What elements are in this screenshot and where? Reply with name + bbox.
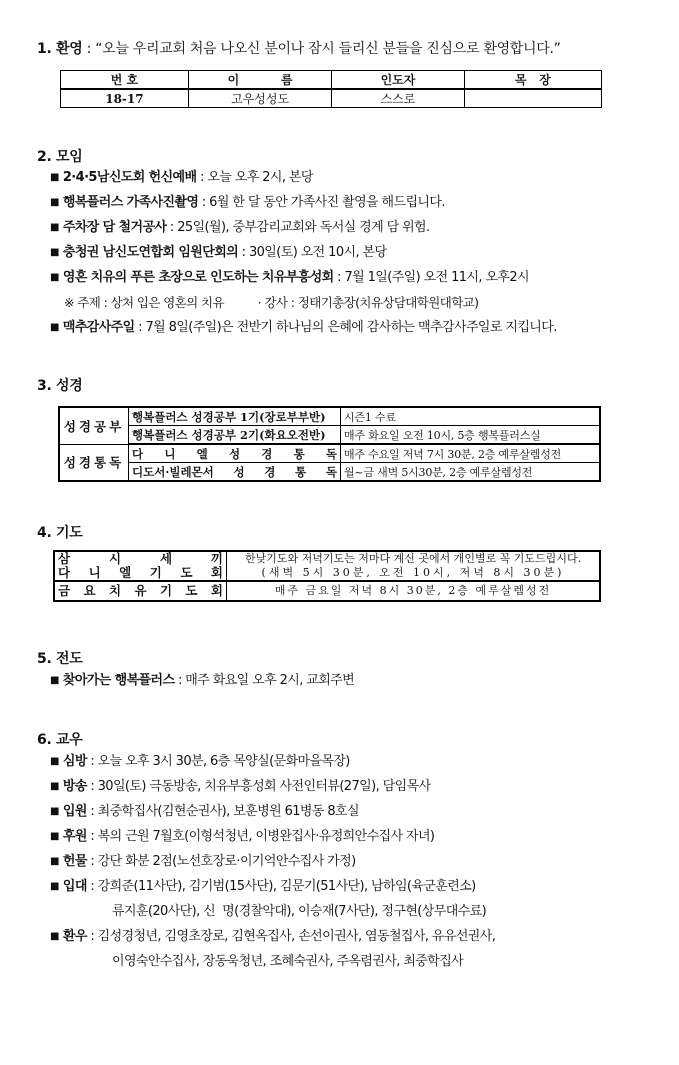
prayer-name: 삼 시 세 끼 다 니 엘 기 도 회 — [54, 551, 227, 581]
table-header-row: 번 호 이 름 인도자 목 장 — [61, 71, 602, 90]
item-label: 행복플러스 가족사진촬영 — [63, 195, 198, 210]
table-row: 성경공부 행복플러스 성경공부 1기(장로부부반) 시즌1 수료 — [59, 407, 600, 426]
section-heading: 환영 — [56, 41, 82, 57]
item-text: : 7월 8일(주일)은 전반기 하나님의 은혜에 감사하는 맥추감사주일로 지… — [135, 320, 557, 335]
prayer-name: 금 요 치 유 기 도 회 — [54, 581, 227, 601]
list-item: ■심방 : 오늘 오후 3시 30분, 6층 목양실(문화마을목장) — [50, 754, 350, 771]
item-label: 주차장 담 철거공사 — [63, 220, 167, 235]
square-bullet-icon: ■ — [50, 856, 59, 867]
section-heading: 전도 — [56, 651, 82, 667]
item-text: : 복의 근원 7월호(이형석청년, 이병완집사·유정희안수집사 자녀) — [87, 829, 435, 844]
table-row: 성경통독 다 니 엘 성 경 통 독 매주 수요일 저녁 7시 30분, 2층 … — [59, 444, 600, 463]
square-bullet-icon: ■ — [50, 806, 59, 817]
list-item: ■방송 : 30일(토) 극동방송, 치유부흥성회 사전인터뷰(27일), 담임… — [50, 779, 430, 796]
prayer-desc-line: 한낮기도와 저녁기도는 저마다 계신 곳에서 개인별로 꼭 기도드립시다. — [230, 552, 596, 566]
item-label: 2·4·5남신도회 헌신예배 — [63, 170, 197, 185]
item-label: 영혼 치유의 푸른 초장으로 인도하는 치유부흥성회 — [63, 270, 334, 285]
prayer-desc-line: 매주 금요일 저녁 8시 30분, 2층 예루살렘성전 — [230, 584, 596, 598]
evangelism-section-title: 5. 전도 — [37, 648, 83, 668]
bible-table: 성경공부 행복플러스 성경공부 1기(장로부부반) 시즌1 수료 행복플러스 성… — [58, 406, 601, 482]
item-text: : 6월 한 달 동안 가족사진 촬영을 해드립니다. — [198, 195, 445, 210]
item-text: : 매주 화요일 오후 2시, 교회주변 — [174, 673, 354, 688]
section-number: 2. — [37, 149, 51, 165]
item-label: 방송 — [63, 779, 87, 794]
newcomer-table: 번 호 이 름 인도자 목 장 18-17 고우성성도 스스로 — [60, 70, 602, 108]
list-item: ■후원 : 복의 근원 7월호(이형석청년, 이병완집사·유정희안수집사 자녀) — [50, 829, 434, 846]
category-bible-reading: 성경통독 — [59, 444, 129, 481]
welcome-message: : “오늘 우리교회 처음 나오신 분이나 잠시 들리신 분들을 진심으로 환영… — [83, 41, 561, 57]
revival-note: ※ 주제 : 상처 입은 영혼의 치유 · 강사 : 정태기총장(치유상담대학원… — [64, 295, 478, 311]
bible-section-title: 3. 성경 — [37, 375, 83, 395]
cell-cell-group — [464, 89, 601, 108]
square-bullet-icon: ■ — [50, 222, 59, 233]
list-item: ■헌물 : 강단 화분 2점(노선호장로·이기억안수집사 가정) — [50, 854, 356, 871]
prayer-desc-line: (새벽 5시 30분, 오전 10시, 저녁 8시 30분) — [230, 566, 596, 580]
prayer-table: 삼 시 세 끼 다 니 엘 기 도 회 한낮기도와 저녁기도는 저마다 계신 곳… — [53, 550, 601, 602]
square-bullet-icon: ■ — [50, 881, 59, 892]
program-desc: 시즌1 수료 — [341, 407, 601, 426]
section-number: 1. — [37, 41, 51, 57]
section-number: 3. — [37, 378, 51, 394]
section-heading: 기도 — [56, 525, 82, 541]
prayer-name-line: 삼 시 세 끼 — [58, 552, 223, 566]
square-bullet-icon: ■ — [50, 781, 59, 792]
list-item: ■행복플러스 가족사진촬영 : 6월 한 달 동안 가족사진 촬영을 해드립니다… — [50, 195, 445, 212]
item-text: : 7월 1일(주일) 오전 11시, 오후2시 — [334, 270, 529, 285]
program-name: 디도서·빌레몬서 성 경 통 독 — [129, 463, 341, 482]
item-text: : 30일(토) 오전 10시, 본당 — [238, 245, 386, 260]
program-desc: 매주 수요일 저녁 7시 30분, 2층 예루살렘성전 — [341, 444, 601, 463]
item-text: : 30일(토) 극동방송, 치유부흥성회 사전인터뷰(27일), 담임목사 — [87, 779, 431, 794]
list-item: ■맥추감사주일 : 7월 8일(주일)은 전반기 하나님의 은혜에 감사하는 맥… — [50, 320, 557, 337]
item-label: 심방 — [63, 754, 87, 769]
item-label: 후원 — [63, 829, 87, 844]
item-text: : 강희준(11사단), 김기범(15사단), 김문기(51사단), 남하임(육… — [87, 879, 476, 894]
item-text-continued: 이영숙안수집사, 장동욱청년, 조혜숙권사, 주옥렴권사, 최중학집사 — [112, 954, 463, 970]
item-text: : 오늘 오후 2시, 본당 — [196, 170, 312, 185]
program-desc: 매주 화요일 오전 10시, 5층 행복플러스실 — [341, 426, 601, 445]
item-label: 충청권 남신도연합회 임원단회의 — [63, 245, 238, 260]
list-item: ■입대 : 강희준(11사단), 김기범(15사단), 김문기(51사단), 남… — [50, 879, 476, 896]
item-text: : 강단 화분 2점(노선호장로·이기억안수집사 가정) — [87, 854, 356, 869]
square-bullet-icon: ■ — [50, 931, 59, 942]
item-label: 입대 — [63, 879, 87, 894]
table-row: 삼 시 세 끼 다 니 엘 기 도 회 한낮기도와 저녁기도는 저마다 계신 곳… — [54, 551, 600, 581]
header-number: 번 호 — [61, 71, 189, 90]
section-number: 4. — [37, 525, 51, 541]
list-item: ■주차장 담 철거공사 : 25일(월), 중부감리교회와 독서실 경계 담 위… — [50, 220, 430, 237]
program-name: 행복플러스 성경공부 2기(화요오전반) — [129, 426, 341, 445]
item-label: 환우 — [63, 929, 87, 944]
prayer-desc: 매주 금요일 저녁 8시 30분, 2층 예루살렘성전 — [227, 581, 601, 601]
square-bullet-icon: ■ — [50, 247, 59, 258]
members-section-title: 6. 교우 — [37, 729, 83, 749]
list-item: ■입원 : 최중학집사(김현순권사), 보훈병원 61병동 8호실 — [50, 804, 359, 821]
program-desc: 월~금 새벽 5시30분, 2층 예루살렘성전 — [341, 463, 601, 482]
list-item: ■영혼 치유의 푸른 초장으로 인도하는 치유부흥성회 : 7월 1일(주일) … — [50, 270, 529, 287]
section-number: 5. — [37, 651, 51, 667]
square-bullet-icon: ■ — [50, 322, 59, 333]
table-row: 18-17 고우성성도 스스로 — [61, 89, 602, 108]
list-item: ■환우 : 김성경청년, 김영초장로, 김현옥집사, 손선이권사, 염동철집사,… — [50, 929, 495, 946]
table-row: 금 요 치 유 기 도 회 매주 금요일 저녁 8시 30분, 2층 예루살렘성… — [54, 581, 600, 601]
program-name: 행복플러스 성경공부 1기(장로부부반) — [129, 407, 341, 426]
square-bullet-icon: ■ — [50, 272, 59, 283]
item-label: 입원 — [63, 804, 87, 819]
welcome-section-title: 1. 환영 : “오늘 우리교회 처음 나오신 분이나 잠시 들리신 분들을 진… — [37, 38, 561, 58]
cell-number: 18-17 — [61, 89, 189, 108]
header-guide: 인도자 — [332, 71, 464, 90]
cell-name: 고우성성도 — [188, 89, 331, 108]
item-label: 찾아가는 행복플러스 — [63, 673, 175, 688]
square-bullet-icon: ■ — [50, 831, 59, 842]
meetings-section-title: 2. 모임 — [37, 146, 83, 166]
prayer-name-line: 다 니 엘 기 도 회 — [58, 566, 223, 580]
item-text: : 25일(월), 중부감리교회와 독서실 경계 담 위험. — [166, 220, 429, 235]
square-bullet-icon: ■ — [50, 675, 59, 686]
square-bullet-icon: ■ — [50, 172, 59, 183]
table-row: 디도서·빌레몬서 성 경 통 독 월~금 새벽 5시30분, 2층 예루살렘성전 — [59, 463, 600, 482]
cell-guide: 스스로 — [332, 89, 464, 108]
header-name: 이 름 — [188, 71, 331, 90]
item-text: : 오늘 오후 3시 30분, 6층 목양실(문화마을목장) — [87, 754, 350, 769]
item-text-continued: 류지훈(20사단), 신 명(경찰악대), 이승재(7사단), 정구현(상무대수… — [112, 904, 486, 920]
section-heading: 성경 — [56, 378, 82, 394]
list-item: ■찾아가는 행복플러스 : 매주 화요일 오후 2시, 교회주변 — [50, 673, 354, 690]
prayer-name-line: 금 요 치 유 기 도 회 — [58, 584, 223, 598]
section-number: 6. — [37, 732, 51, 748]
section-heading: 교우 — [56, 732, 82, 748]
item-text: : 김성경청년, 김영초장로, 김현옥집사, 손선이권사, 염동철집사, 유유선… — [87, 929, 495, 944]
prayer-desc: 한낮기도와 저녁기도는 저마다 계신 곳에서 개인별로 꼭 기도드립시다. (새… — [227, 551, 601, 581]
section-heading: 모임 — [56, 149, 82, 165]
square-bullet-icon: ■ — [50, 197, 59, 208]
prayer-section-title: 4. 기도 — [37, 522, 83, 542]
header-cell-group: 목 장 — [464, 71, 601, 90]
square-bullet-icon: ■ — [50, 756, 59, 767]
item-label: 헌물 — [63, 854, 87, 869]
table-row: 행복플러스 성경공부 2기(화요오전반) 매주 화요일 오전 10시, 5층 행… — [59, 426, 600, 445]
category-bible-study: 성경공부 — [59, 407, 129, 444]
item-label: 맥추감사주일 — [63, 320, 135, 335]
list-item: ■충청권 남신도연합회 임원단회의 : 30일(토) 오전 10시, 본당 — [50, 245, 386, 262]
program-name: 다 니 엘 성 경 통 독 — [129, 444, 341, 463]
list-item: ■2·4·5남신도회 헌신예배 : 오늘 오후 2시, 본당 — [50, 170, 313, 187]
item-text: : 최중학집사(김현순권사), 보훈병원 61병동 8호실 — [87, 804, 359, 819]
